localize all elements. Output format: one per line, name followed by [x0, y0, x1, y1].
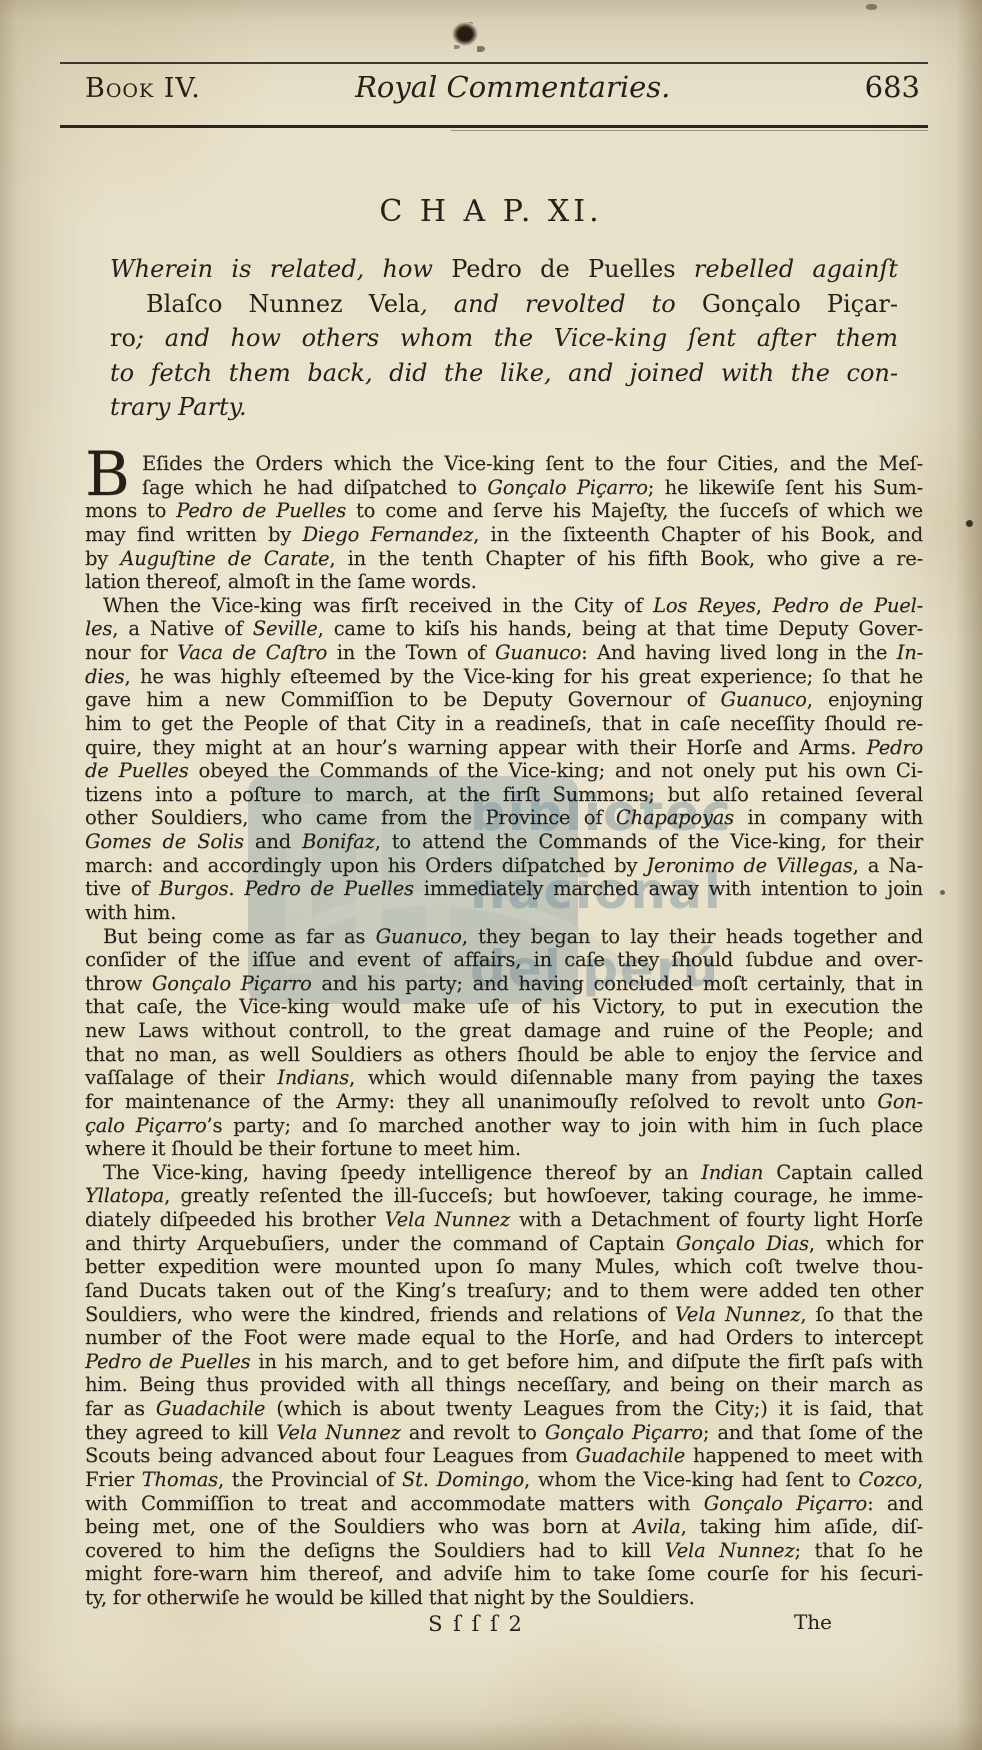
- text-line: other Souldiers, who came from the Provi…: [85, 806, 923, 830]
- ink-speck: [940, 890, 945, 895]
- text-line: him to get the People of that City in a …: [85, 712, 923, 736]
- text-line: for maintenance of the Army: they all un…: [85, 1090, 923, 1114]
- page-number: 683: [865, 70, 920, 104]
- text-line: being met, one of the Souldiers who was …: [85, 1515, 923, 1539]
- argument-line: Blaſco Nunnez Vela, and revolted to Gonç…: [110, 287, 898, 322]
- text-line: lation thereof, almoſt in the ſame words…: [85, 570, 923, 594]
- argument-line: to fetch them back, did the like, and jo…: [110, 356, 898, 391]
- text-line: Pedro de Puelles in his march, and to ge…: [85, 1350, 923, 1374]
- text-line: might fore-warn him thereof, and adviſe …: [85, 1562, 923, 1586]
- text-line: çalo Piçarro’s party; and ſo marched ano…: [85, 1114, 923, 1138]
- text-line: quire, they might at an hour’s warning a…: [85, 736, 923, 760]
- text-line: de Puelles obeyed the Commands of the Vi…: [85, 759, 923, 783]
- text-line: gave him a new Commiſſion to be Deputy G…: [85, 688, 923, 712]
- chapter-heading: C H A P. XI.: [0, 194, 982, 229]
- argument-line: trary Party.: [110, 390, 898, 425]
- ink-speck: [966, 520, 973, 527]
- text-line: far as Guadachile (which is about twenty…: [85, 1397, 923, 1421]
- text-line: new Laws without controll, to the great …: [85, 1019, 923, 1043]
- running-title: Royal Commentaries.: [201, 70, 865, 104]
- signature-mark: S ſ ſ ſ 2: [0, 1612, 982, 1636]
- text-line: may find written by Diego Fernandez, in …: [85, 523, 923, 547]
- book-label: Book IV.: [85, 73, 201, 104]
- text-line: dies, he was highly eſteemed by the Vice…: [85, 665, 923, 689]
- text-line: that no man, as well Souldiers as others…: [85, 1043, 923, 1067]
- header-rule-top: [60, 62, 928, 64]
- header-rule-bottom: [60, 125, 928, 128]
- text-line: Frier Thomas, the Provincial of St. Domi…: [85, 1468, 923, 1492]
- text-line: him. Being thus provided with all things…: [85, 1373, 923, 1397]
- argument-line: Wherein is related, how Pedro de Puelles…: [110, 252, 898, 287]
- text-line: and thirty Arquebuſiers, under the comma…: [85, 1232, 923, 1256]
- text-line: that caſe, the Vice-king would make uſe …: [85, 995, 923, 1019]
- text-line: number of the Foot were made equal to th…: [85, 1326, 923, 1350]
- text-line: by Auguſtine de Carate, in the tenth Cha…: [85, 547, 923, 571]
- body-text: BEſides the Orders which the Vice-king ſ…: [85, 452, 923, 1610]
- text-line: When the Vice-king was firſt received in…: [85, 594, 923, 618]
- text-line: Souldiers, who were the kindred, friends…: [85, 1303, 923, 1327]
- chapter-argument: Wherein is related, how Pedro de Puelles…: [110, 252, 898, 425]
- text-line: with Commiſſion to treat and accommodate…: [85, 1492, 923, 1516]
- text-line: But being come as far as Guanuco, they b…: [85, 925, 923, 949]
- text-line: with him.: [85, 901, 923, 925]
- text-line: diately diſpeeded his brother Vela Nunne…: [85, 1208, 923, 1232]
- ink-speck: [866, 4, 877, 10]
- text-line: tizens into a poſture to march, at the f…: [85, 783, 923, 807]
- text-line: vaſſalage of their Indians, which would …: [85, 1066, 923, 1090]
- argument-line: ro; and how others whom the Vice-king ſe…: [110, 321, 898, 356]
- text-line: ſand Ducats taken out of the King’s trea…: [85, 1279, 923, 1303]
- ink-blot: [452, 22, 478, 46]
- text-line: Eſides the Orders which the Vice-king ſe…: [85, 452, 923, 476]
- text-line: les, a Native of Seville, came to kiſs h…: [85, 617, 923, 641]
- text-line: Yllatopa, greatly reſented the ill-ſucce…: [85, 1184, 923, 1208]
- book-page: Book IV. Royal Commentaries. 683 C H A P…: [0, 0, 982, 1750]
- text-line: conſider of the iſſue and event of affai…: [85, 948, 923, 972]
- text-line: Scouts being advanced about four Leagues…: [85, 1444, 923, 1468]
- text-line: tive of Burgos. Pedro de Puelles immedia…: [85, 877, 923, 901]
- text-line: The Vice-king, having ſpeedy intelligenc…: [85, 1161, 923, 1185]
- running-header: Book IV. Royal Commentaries. 683: [85, 70, 920, 104]
- text-line: throw Gonçalo Piçarro and his party; and…: [85, 972, 923, 996]
- catchword: The: [794, 1610, 832, 1634]
- text-line: march: and accordingly upon his Orders d…: [85, 854, 923, 878]
- text-line: where it ſhould be their fortune to meet…: [85, 1137, 923, 1161]
- text-line: mons to Pedro de Puelles to come and ſer…: [85, 499, 923, 523]
- text-line: better expedition were mounted upon ſo m…: [85, 1255, 923, 1279]
- text-line: they agreed to kill Vela Nunnez and revo…: [85, 1421, 923, 1445]
- text-line: nour for Vaca de Caſtro in the Town of G…: [85, 641, 923, 665]
- text-line: covered to him the deſigns the Souldiers…: [85, 1539, 923, 1563]
- drop-cap: B: [85, 452, 142, 499]
- text-line: ty, for otherwiſe he would be killed tha…: [85, 1586, 923, 1610]
- text-line: ſage which he had diſpatched to Gonçalo …: [85, 476, 923, 500]
- text-line: Gomes de Solis and Bonifaz, to attend th…: [85, 830, 923, 854]
